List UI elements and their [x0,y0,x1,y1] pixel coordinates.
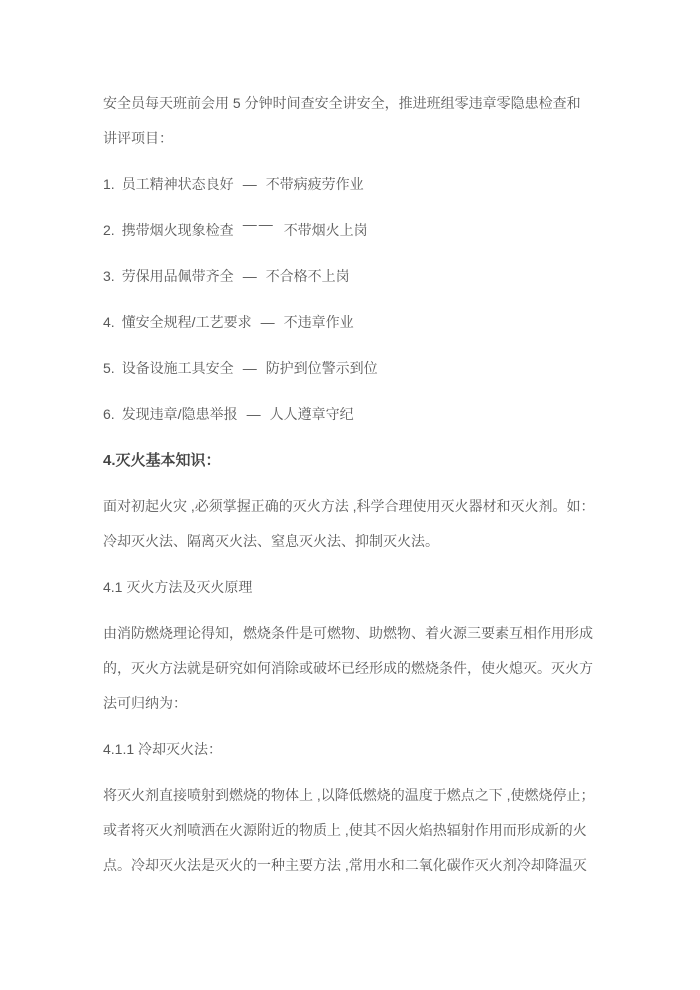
text-line: 的，灭火方法就是研究如何消除或破坏已经形成的燃烧条件，使火熄灭。灭火方 [103,651,644,686]
text-line: 点。冷却灭火法是灭火的一种主要方法 ,常用水和二氧化碳作灭火剂冷却降温灭 [103,848,644,883]
item-text-left: 携带烟火现象检查 [122,222,234,238]
text-line: 安全员每天班前会用 5 分钟时间查安全讲安全，推进班组零违章零隐患检查和 [103,86,644,121]
checklist-item-6: 6.发现违章/隐患举报—人人遵章守纪 [103,397,644,432]
text-line: 法可归纳为： [103,686,644,721]
em-dash: — [243,259,257,294]
em-dash: — [243,351,257,386]
intro-paragraph: 安全员每天班前会用 5 分钟时间查安全讲安全，推进班组零违章零隐患检查和 讲评项… [103,86,644,156]
item-number: 5. [103,360,115,376]
checklist-item-5: 5.设备设施工具安全—防护到位警示到位 [103,351,644,386]
item-number: 3. [103,268,115,284]
section-heading-4: 4.灭火基本知识： [103,443,644,478]
item-text-right: 不带烟火上岗 [284,222,368,238]
text-line: 冷却灭火法、隔离灭火法、窒息灭火法、抑制灭火法。 [103,524,644,559]
section-heading-4-1-1: 4.1.1 冷却灭火法： [103,732,644,767]
item-text-right: 防护到位警示到位 [266,360,378,376]
em-dash: — [261,305,275,340]
item-text-right: 不带病疲劳作业 [266,176,364,192]
text-line: 由消防燃烧理论得知，燃烧条件是可燃物、助燃物、着火源三要素互相作用形成 [103,616,644,651]
item-text-right: 人人遵章守纪 [270,406,354,422]
text-line: 讲评项目： [103,121,644,156]
em-dash: — [247,397,261,432]
item-text-left: 发现违章/隐患举报 [122,406,238,422]
raised-em-dash: —— [243,207,275,242]
item-text-right: 不违章作业 [284,314,354,330]
section-4-1-paragraph: 由消防燃烧理论得知，燃烧条件是可燃物、助燃物、着火源三要素互相作用形成 的，灭火… [103,616,644,721]
text-line: 或者将灭火剂喷洒在火源附近的物质上 ,使其不因火焰热辐射作用而形成新的火 [103,813,644,848]
item-number: 1. [103,176,115,192]
item-text-left: 员工精神状态良好 [122,176,234,192]
item-text-left: 设备设施工具安全 [122,360,234,376]
item-number: 6. [103,406,115,422]
em-dash: — [243,167,257,202]
item-number: 2. [103,222,115,238]
checklist-item-1: 1.员工精神状态良好—不带病疲劳作业 [103,167,644,202]
item-number: 4. [103,314,115,330]
item-text-left: 劳保用品佩带齐全 [122,268,234,284]
safety-checklist: 1.员工精神状态良好—不带病疲劳作业 2.携带烟火现象检查——不带烟火上岗 3.… [103,167,644,432]
section-4-1-1-paragraph: 将灭火剂直接喷射到燃烧的物体上 ,以降低燃烧的温度于燃点之下 ,使燃烧停止； 或… [103,778,644,883]
section-4-paragraph: 面对初起火灾 ,必须掌握正确的灭火方法 ,科学合理使用灭火器材和灭火剂。如： 冷… [103,489,644,559]
text-line: 将灭火剂直接喷射到燃烧的物体上 ,以降低燃烧的温度于燃点之下 ,使燃烧停止； [103,778,644,813]
checklist-item-3: 3.劳保用品佩带齐全—不合格不上岗 [103,259,644,294]
text-line: 面对初起火灾 ,必须掌握正确的灭火方法 ,科学合理使用灭火器材和灭火剂。如： [103,489,644,524]
checklist-item-2: 2.携带烟火现象检查——不带烟火上岗 [103,213,644,248]
section-heading-4-1: 4.1 灭火方法及灭火原理 [103,570,644,605]
item-text-right: 不合格不上岗 [266,268,350,284]
document-page: 安全员每天班前会用 5 分钟时间查安全讲安全，推进班组零违章零隐患检查和 讲评项… [0,0,700,883]
checklist-item-4: 4.懂安全规程/工艺要求—不违章作业 [103,305,644,340]
item-text-left: 懂安全规程/工艺要求 [122,314,252,330]
